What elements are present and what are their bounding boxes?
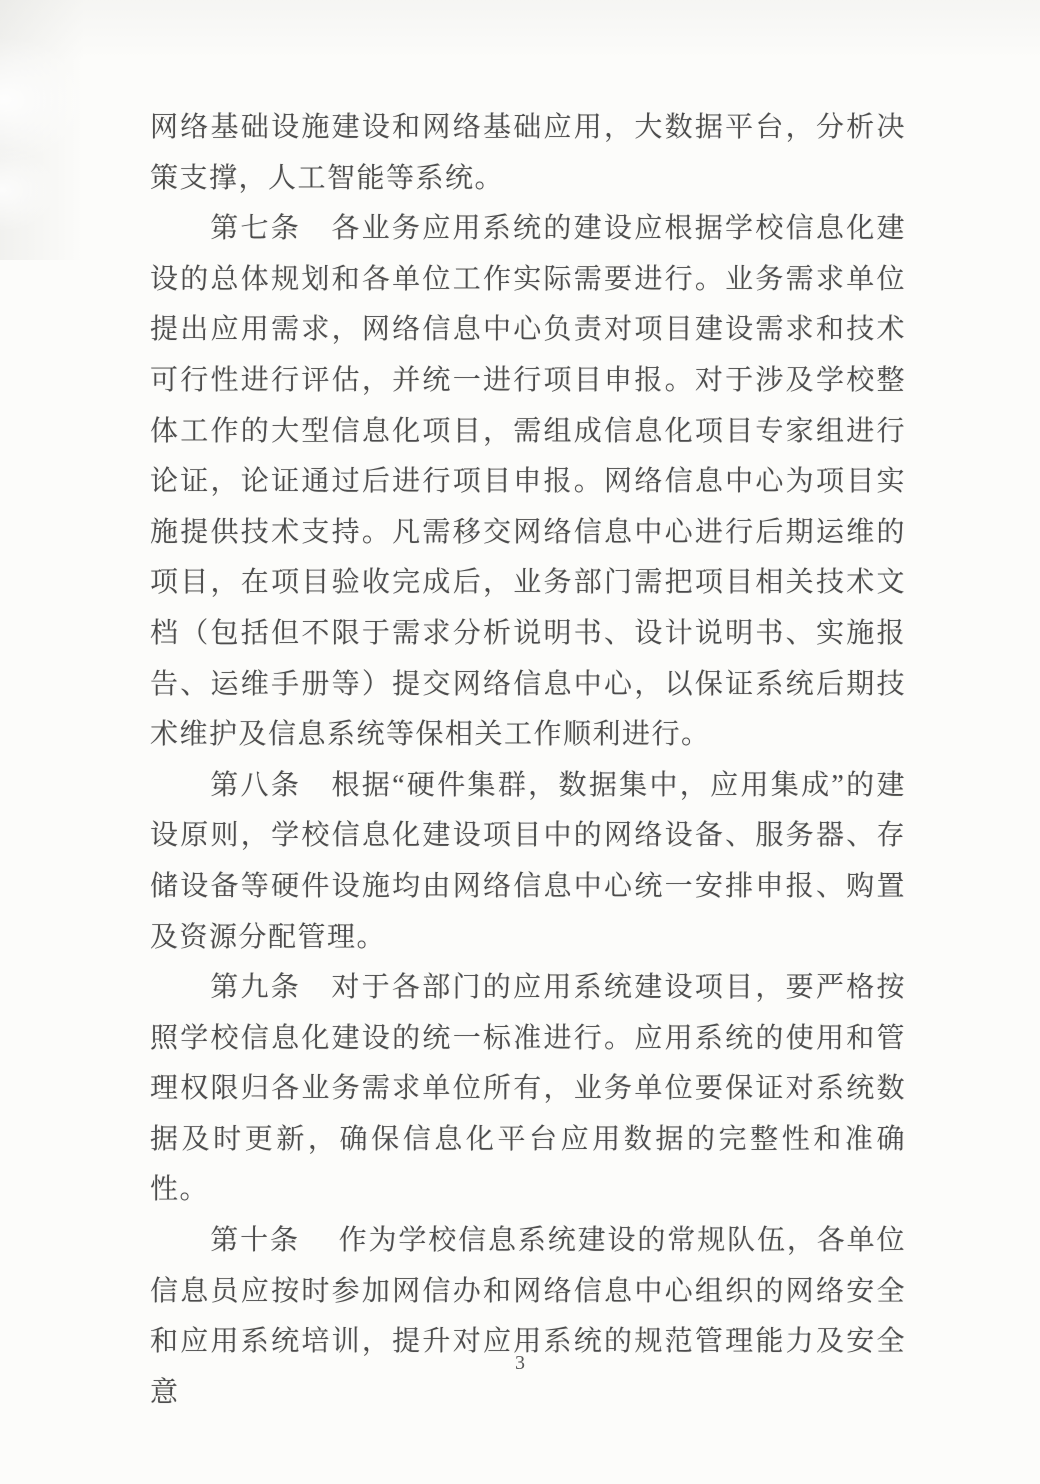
- page-number: 3: [0, 1352, 1040, 1375]
- text-body: 网络基础设施建设和网络基础应用，大数据平台，分析决策支撑，人工智能等系统。 第七…: [150, 103, 906, 1418]
- scan-shade-corner: [0, 0, 140, 260]
- continuation-paragraph: 网络基础设施建设和网络基础应用，大数据平台，分析决策支撑，人工智能等系统。: [150, 103, 906, 204]
- article-7-paragraph: 第七条 各业务应用系统的建设应根据学校信息化建设的总体规划和各单位工作实际需要进…: [150, 204, 906, 761]
- article-10-paragraph: 第十条 作为学校信息系统建设的常规队伍，各单位信息员应按时参加网信办和网络信息中…: [150, 1216, 906, 1418]
- document-page: 网络基础设施建设和网络基础应用，大数据平台，分析决策支撑，人工智能等系统。 第七…: [0, 0, 1040, 1484]
- scan-shade-top: [0, 0, 1040, 70]
- article-8-paragraph: 第八条 根据“硬件集群，数据集中，应用集成”的建设原则，学校信息化建设项目中的网…: [150, 761, 906, 963]
- article-9-paragraph: 第九条 对于各部门的应用系统建设项目，要严格按照学校信息化建设的统一标准进行。应…: [150, 963, 906, 1216]
